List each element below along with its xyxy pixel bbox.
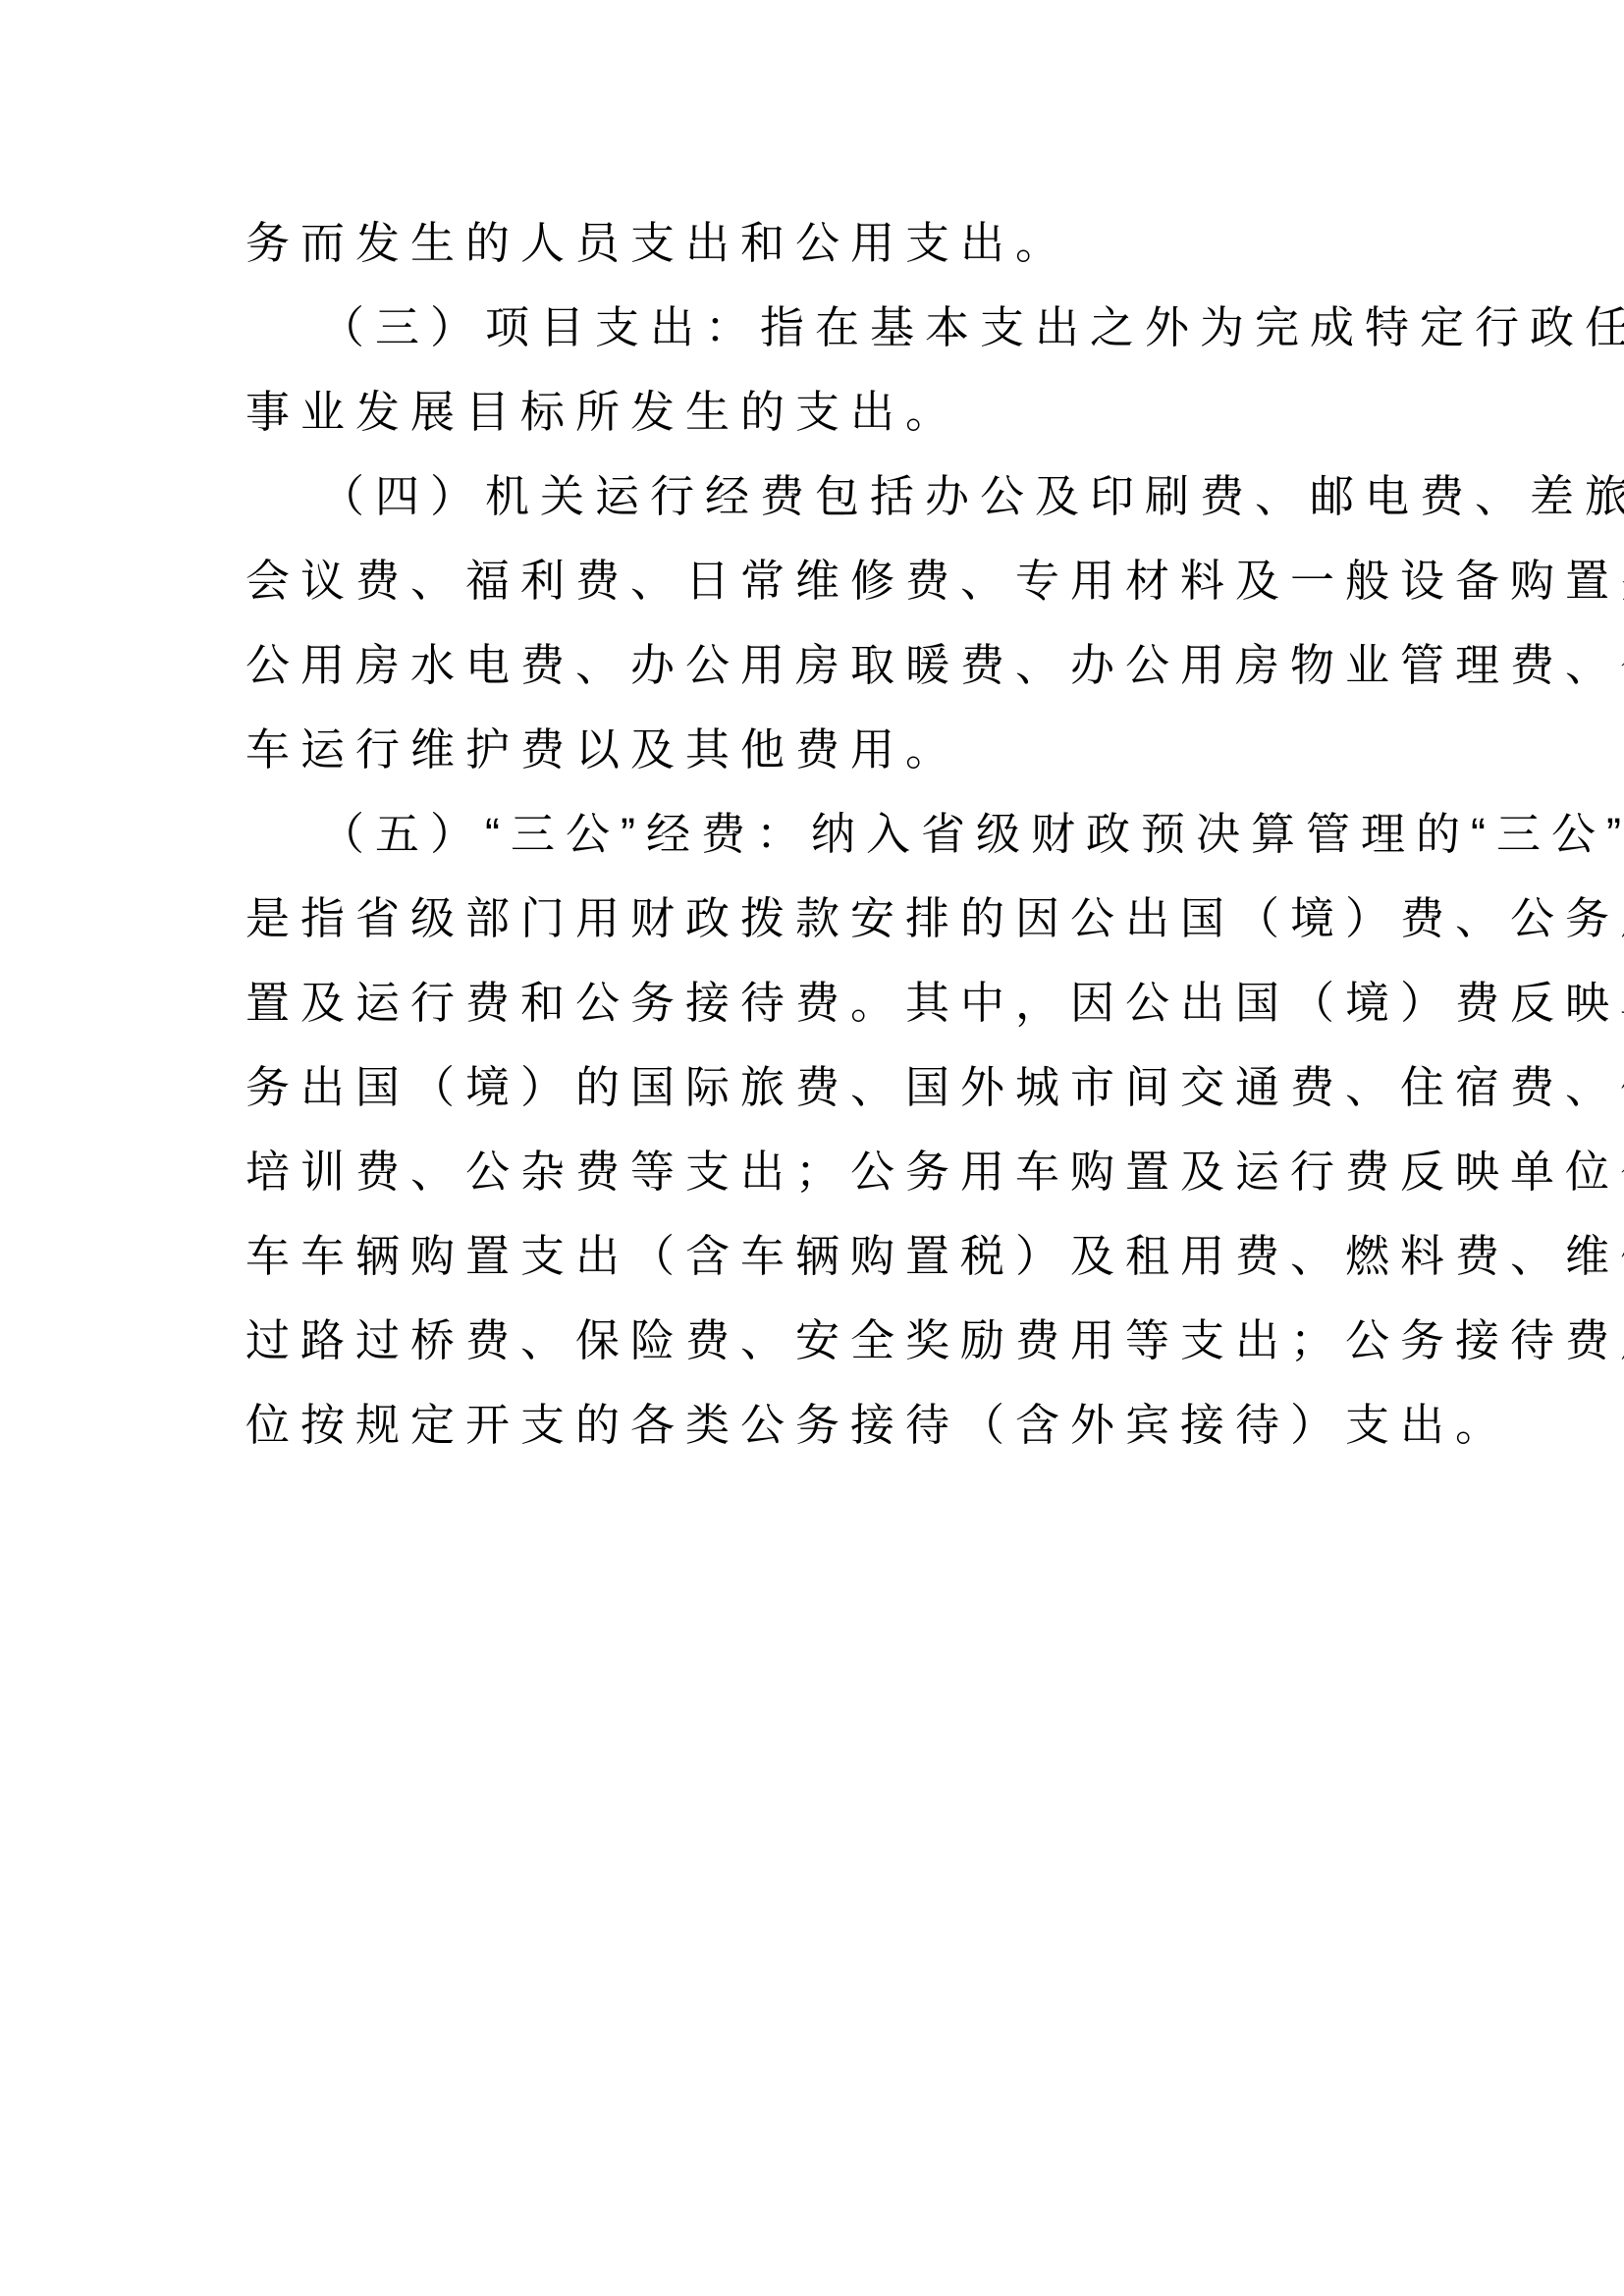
text-line: （三）项目支出：指在基本支出之外为完成特定行政任务和 [245, 286, 1414, 370]
text-line: 位按规定开支的各类公务接待（含外宾接待）支出。 [245, 1383, 1414, 1468]
text-line: 车车辆购置支出（含车辆购置税）及租用费、燃料费、维修费、 [245, 1214, 1414, 1299]
text-line: 培训费、公杂费等支出；公务用车购置及运行费反映单位公务用 [245, 1130, 1414, 1214]
text-line: 车运行维护费以及其他费用。 [245, 708, 1414, 792]
text-line: （五）“三公”经费：纳入省级财政预决算管理的“三公”经费， [245, 792, 1414, 877]
text-line: 事业发展目标所发生的支出。 [245, 370, 1414, 454]
text-line: （四）机关运行经费包括办公及印刷费、邮电费、差旅费、 [245, 454, 1414, 539]
document-text-block: 务而发生的人员支出和公用支出。 （三）项目支出：指在基本支出之外为完成特定行政任… [245, 201, 1414, 1468]
text-line: 务出国（境）的国际旅费、国外城市间交通费、住宿费、伙食费、 [245, 1045, 1414, 1130]
text-line: 置及运行费和公务接待费。其中，因公出国（境）费反映单位公 [245, 961, 1414, 1045]
text-line: 是指省级部门用财政拨款安排的因公出国（境）费、公务用车购 [245, 877, 1414, 961]
text-line: 过路过桥费、保险费、安全奖励费用等支出；公务接待费反映单 [245, 1299, 1414, 1383]
text-line: 公用房水电费、办公用房取暖费、办公用房物业管理费、公务用 [245, 623, 1414, 708]
text-line: 务而发生的人员支出和公用支出。 [245, 201, 1414, 286]
document-page: 务而发生的人员支出和公用支出。 （三）项目支出：指在基本支出之外为完成特定行政任… [0, 0, 1624, 2296]
text-line: 会议费、福利费、日常维修费、专用材料及一般设备购置费、办 [245, 539, 1414, 623]
